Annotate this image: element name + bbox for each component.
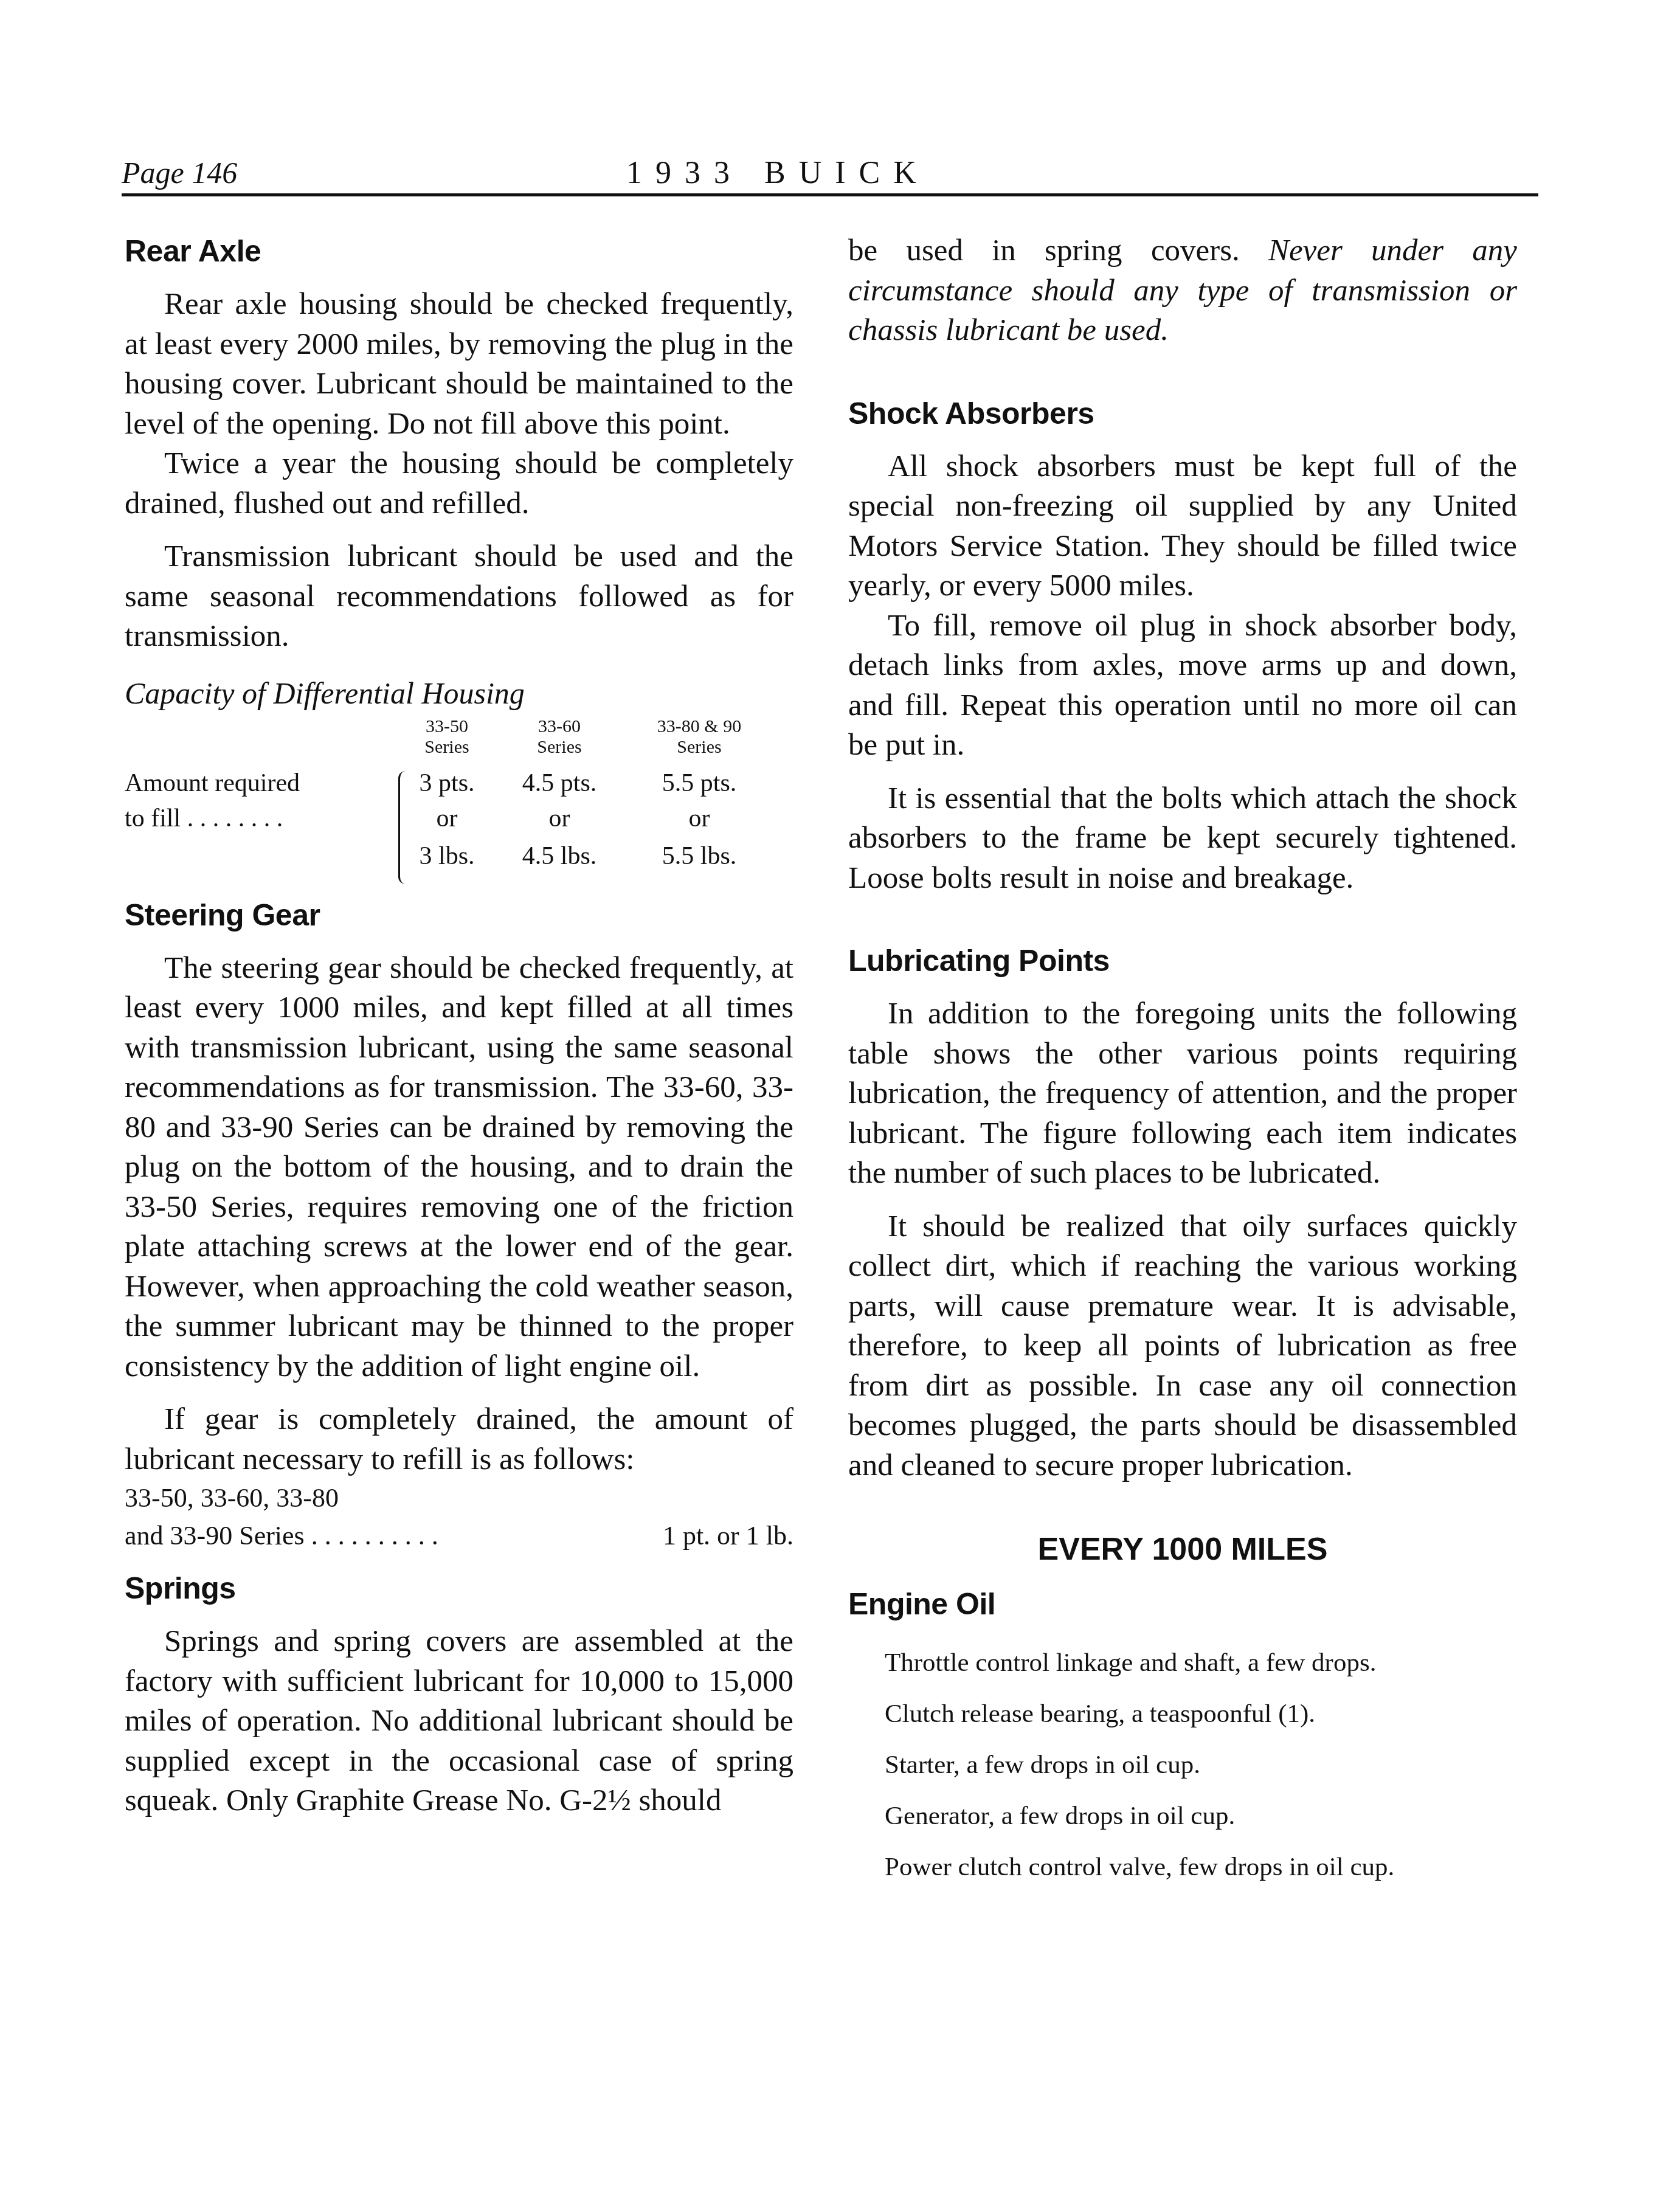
header-rule [122, 193, 1538, 196]
capacity-cell: or [632, 804, 766, 833]
rear-axle-paragraph-2: Twice a year the housing should be compl… [125, 444, 793, 524]
capacity-table-title: Capacity of Differential Housing [125, 674, 793, 713]
rear-axle-paragraph-1: Rear axle housing should be checked freq… [125, 285, 793, 444]
lubrication-item: Generator, a few drops in oil cup. [885, 1791, 1517, 1842]
lubrication-item: Starter, a few drops in oil cup. [885, 1740, 1517, 1791]
page-header: Page 146 1933 BUICK [122, 155, 1538, 198]
running-title: 1933 BUICK [626, 155, 930, 191]
springs-continued: be used in spring covers. Never under an… [848, 231, 1517, 351]
heading-springs: Springs [125, 1568, 793, 1608]
capacity-cell: 5.5 pts. [632, 769, 766, 798]
heading-engine-oil: Engine Oil [848, 1584, 1517, 1624]
rear-axle-paragraph-3: Transmission lubricant should be used an… [125, 537, 793, 657]
lubrication-item: Clutch release bearing, a teaspoonful (1… [885, 1689, 1517, 1740]
steering-gear-paragraph-2: If gear is completely drained, the amoun… [125, 1400, 793, 1479]
heading-rear-axle: Rear Axle [125, 231, 793, 271]
lubrication-item: Power clutch control valve, few drops in… [885, 1842, 1517, 1893]
capacity-col-header: 33-60 Series [508, 716, 611, 758]
steering-gear-paragraph-1: The steering gear should be checked freq… [125, 949, 793, 1387]
capacity-cell: 5.5 lbs. [632, 842, 766, 871]
refill-amount: 1 pt. or 1 lb. [663, 1517, 793, 1555]
capacity-cell: or [493, 804, 626, 833]
capacity-col-header: 33-80 & 90 Series [635, 716, 763, 758]
right-column: be used in spring covers. Never under an… [848, 231, 1517, 1893]
lubricating-points-paragraph-2: It should be realized that oily surfaces… [848, 1207, 1517, 1486]
capacity-cell: 4.5 pts. [493, 769, 626, 798]
capacity-table: 33-50 Series 33-60 Series 33-80 & 90 Ser… [125, 713, 793, 895]
lubrication-item: Throttle control linkage and shaft, a fe… [885, 1637, 1517, 1689]
heading-steering-gear: Steering Gear [125, 895, 793, 935]
refill-row: and 33-90 Series . . . . . . . . . . 1 p… [125, 1517, 793, 1555]
springs-paragraph: Springs and spring covers are assembled … [125, 1622, 793, 1821]
shock-absorbers-paragraph-3: It is essential that the bolts which att… [848, 779, 1517, 899]
lubricating-points-paragraph-1: In addition to the foregoing units the f… [848, 994, 1517, 1194]
capacity-row-label: Amount required [125, 769, 300, 798]
capacity-row-label: to fill . . . . . . . . [125, 804, 283, 833]
capacity-col-header: 33-50 Series [395, 716, 499, 758]
shock-absorbers-paragraph-1: All shock absorbers must be kept full of… [848, 447, 1517, 606]
heading-shock-absorbers: Shock Absorbers [848, 393, 1517, 434]
section-title-every-1000-miles: EVERY 1000 MILES [848, 1528, 1517, 1571]
left-column: Rear Axle Rear axle housing should be ch… [125, 231, 793, 1821]
capacity-cell: 4.5 lbs. [493, 842, 626, 871]
heading-lubricating-points: Lubricating Points [848, 941, 1517, 981]
page-number: Page 146 [122, 155, 237, 190]
refill-models: 33-50, 33-60, 33-80 [125, 1479, 793, 1517]
shock-absorbers-paragraph-2: To fill, remove oil plug in shock absorb… [848, 606, 1517, 766]
refill-series-label: and 33-90 Series . . . . . . . . . . [125, 1517, 438, 1555]
